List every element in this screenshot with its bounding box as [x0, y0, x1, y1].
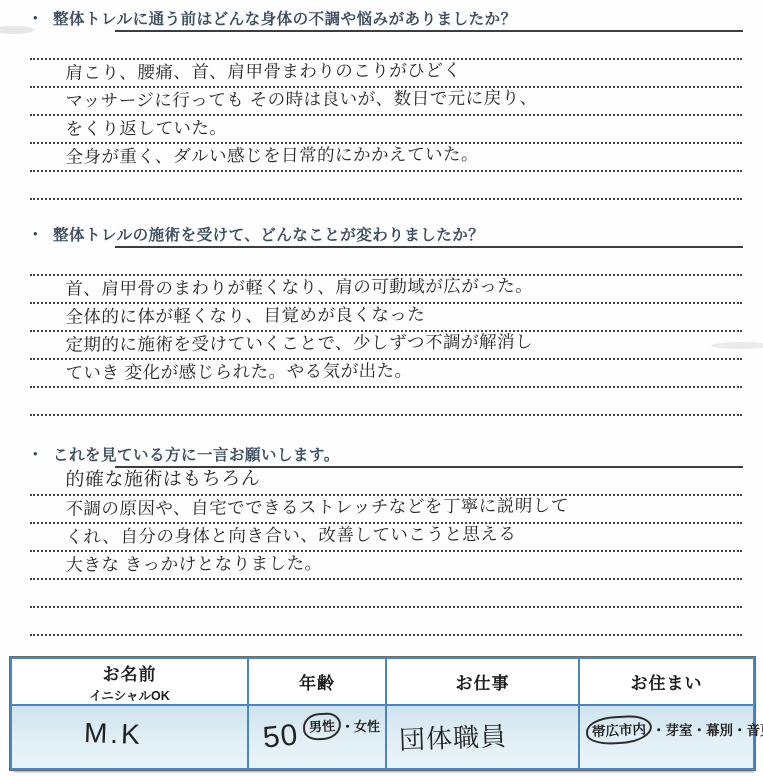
ruled-line: をくり返していた。 — [30, 116, 742, 144]
bullet-icon: • — [33, 6, 53, 30]
answer-lines: 首、肩甲骨のまわりが軽くなり、肩の可動域が広がった。 全体的に体が軽くなり、目覚… — [30, 248, 742, 416]
gender-options: 男性・女性 — [303, 713, 380, 740]
hand-circle-male: 男性 — [302, 712, 341, 741]
cell-residence: 帯広市内・芽室・幕別・音更 — [580, 706, 753, 768]
header-age-label: 年齢 — [299, 669, 335, 694]
handwritten-age: 50 — [261, 718, 300, 756]
feedback-form-scan: • 整体トレルに通う前はどんな身体の不調や悩みがありましたか？ 肩こり、腰痛、首… — [0, 0, 763, 776]
bullet-icon: • — [33, 442, 53, 466]
ruled-line — [30, 172, 742, 200]
gender-separator: ・ — [341, 719, 354, 734]
handwritten-job: 団体職員 — [398, 716, 507, 757]
handwritten-answer: 肩こり、腰痛、首、肩甲骨まわりのこりがひどく — [30, 57, 462, 86]
gender-female: 女性 — [354, 719, 380, 734]
handwritten-answer: ていき 変化が感じられた。やる気が出た。 — [30, 357, 413, 386]
answer-lines: 肩こり、腰痛、首、肩甲骨まわりのこりがひどく マッサージに行っても その時は良い… — [30, 32, 742, 200]
question-text: これを見ている方に一言お願いします。 — [53, 443, 340, 465]
ruled-line — [30, 248, 742, 276]
respondent-info-table: お名前 イニシャルOK 年齢 お仕事 お住まい M.K 50 男性・女性 団体職… — [10, 657, 755, 770]
header-job: お仕事 — [387, 659, 580, 706]
ruled-line: 大きな きっかけとなりました。 — [30, 552, 742, 580]
handwritten-answer: マッサージに行っても その時は良いが、数日で元に戻り、 — [30, 84, 538, 114]
hand-circle-obihiro: 帯広市内 — [585, 714, 652, 745]
ruled-line — [30, 32, 742, 60]
header-residence-label: お住まい — [631, 669, 703, 694]
handwritten-answer: をくり返していた。 — [30, 115, 228, 142]
header-name-sub: イニシャルOK — [89, 686, 170, 704]
residence-options: 帯広市内・芽室・幕別・音更 — [586, 716, 763, 744]
question-row: • 整体トレルに通う前はどんな身体の不調や悩みがありましたか？ — [0, 6, 763, 30]
ruled-line: 全体的に体が軽くなり、目覚めが良くなった — [30, 304, 742, 332]
ruled-line: マッサージに行っても その時は良いが、数日で元に戻り、 — [30, 88, 742, 116]
header-age: 年齢 — [249, 659, 387, 706]
ruled-line: 的確な施術はもちろん — [30, 468, 742, 496]
handwritten-answer: くれ、自分の身体と向き合い、改善していこうと思える — [30, 521, 517, 550]
handwritten-answer: 的確な施術はもちろん — [30, 466, 261, 494]
ruled-line — [30, 388, 742, 416]
handwritten-answer: 全体的に体が軽くなり、目覚めが良くなった — [30, 301, 426, 330]
cell-name: M.K — [12, 706, 249, 768]
handwritten-answer: 定期的に施術を受けていくことで、少しずつ不調が解消し — [30, 328, 533, 358]
ruled-line: 肩こり、腰痛、首、肩甲骨まわりのこりがひどく — [30, 60, 742, 88]
bullet-icon: • — [33, 222, 53, 246]
question-row: • これを見ている方に一言お願いします。 — [0, 442, 763, 466]
ruled-line: 首、肩甲骨のまわりが軽くなり、肩の可動域が広がった。 — [30, 276, 742, 304]
handwritten-answer: 首、肩甲骨のまわりが軽くなり、肩の可動域が広がった。 — [30, 272, 534, 302]
question-text: 整体トレルの施術を受けて、どんなことが変わりましたか？ — [53, 223, 484, 245]
cell-age: 50 男性・女性 — [249, 706, 387, 768]
question-section-message: • これを見ている方に一言お願いします。 的確な施術はもちろん 不調の原因や、自… — [0, 442, 763, 636]
header-name-label: お名前 — [103, 660, 157, 685]
ruled-line: 不調の原因や、自宅でできるストレッチなどを丁寧に説明して — [30, 496, 742, 524]
ruled-line: 定期的に施術を受けていくことで、少しずつ不調が解消し — [30, 332, 742, 360]
ruled-line — [30, 580, 742, 608]
header-job-label: お仕事 — [456, 669, 510, 694]
handwritten-answer: 不調の原因や、自宅でできるストレッチなどを丁寧に説明して — [30, 492, 569, 522]
handwritten-answer: 大きな きっかけとなりました。 — [30, 550, 323, 578]
cell-job: 団体職員 — [387, 706, 580, 768]
question-row: • 整体トレルの施術を受けて、どんなことが変わりましたか？ — [0, 222, 763, 246]
handwritten-name: M.K — [83, 717, 143, 751]
question-section-before: • 整体トレルに通う前はどんな身体の不調や悩みがありましたか？ 肩こり、腰痛、首… — [0, 6, 763, 200]
header-name: お名前 イニシャルOK — [12, 659, 249, 706]
question-section-after: • 整体トレルの施術を受けて、どんなことが変わりましたか？ 首、肩甲骨のまわりが… — [0, 222, 763, 416]
ruled-line: くれ、自分の身体と向き合い、改善していこうと思える — [30, 524, 742, 552]
answer-lines: 的確な施術はもちろん 不調の原因や、自宅でできるストレッチなどを丁寧に説明して … — [30, 468, 742, 636]
residence-rest: ・芽室・幕別・音更 — [652, 723, 763, 738]
ruled-line: 全身が重く、ダルい感じを日常的にかかえていた。 — [30, 144, 742, 172]
handwritten-answer: 全身が重く、ダルい感じを日常的にかかえていた。 — [30, 141, 479, 170]
ruled-line — [30, 608, 742, 636]
ruled-line: ていき 変化が感じられた。やる気が出た。 — [30, 360, 742, 388]
header-residence: お住まい — [580, 659, 753, 706]
question-text: 整体トレルに通う前はどんな身体の不調や悩みがありましたか？ — [53, 7, 517, 29]
